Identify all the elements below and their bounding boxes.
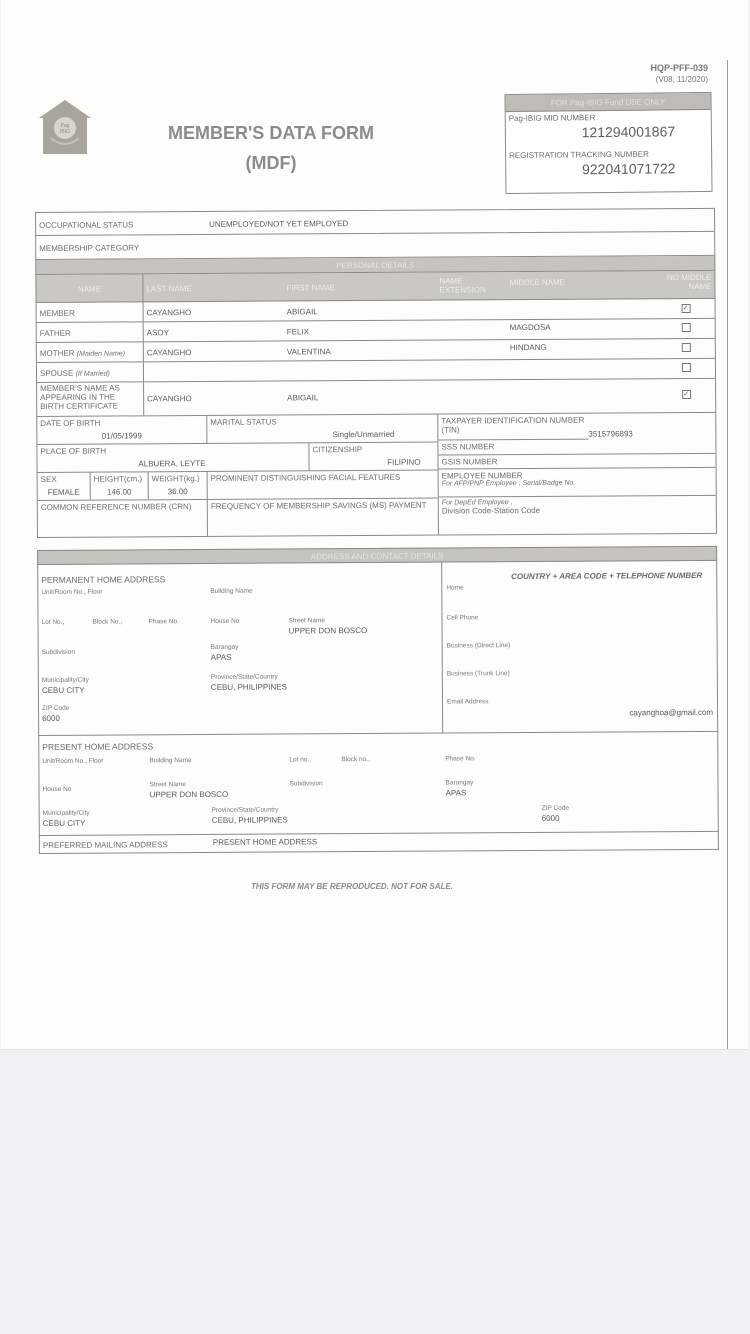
preferred-mailing-value[interactable]: PRESENT HOME ADDRESS [210, 832, 718, 852]
pres-house-label: House No [43, 786, 72, 793]
row-label: MEMBER'S NAME AS APPEARING IN THE BIRTH … [37, 382, 144, 416]
preferred-mailing-row: PREFERRED MAILING ADDRESS PRESENT HOME A… [39, 832, 719, 854]
perm-street-value: UPPER DON BOSCO [289, 626, 368, 635]
sss-label: SSS NUMBER [438, 440, 588, 455]
row-label-text: MEMBER [40, 309, 75, 318]
last-name-value[interactable]: CAYANGHO [144, 301, 284, 321]
civil-details: DATE OF BIRTH 01/05/1999 MARITAL STATUS … [36, 413, 717, 538]
pob-label: PLACE OF BIRTH [40, 445, 305, 456]
row-label-text: MEMBER'S NAME AS APPEARING IN THE BIRTH … [40, 383, 120, 410]
middle-name-value[interactable]: HINDANG [507, 339, 657, 359]
perm-city-label: Municipality/City [42, 677, 89, 684]
pres-zip-field[interactable]: ZIP Code6000 [542, 805, 569, 823]
pres-phase-field[interactable]: Phase No. [445, 755, 475, 762]
employee-number-field[interactable]: EMPLOYEE NUMBER For AFP/PNP Employee , S… [439, 467, 716, 497]
occupational-status-label: OCCUPATIONAL STATUS [36, 212, 206, 235]
name-extension-value[interactable] [437, 340, 507, 359]
citizenship-cell[interactable]: CITIZENSHIP FILIPINO [309, 443, 437, 471]
pres-subdivision-field[interactable]: Subdivision [289, 780, 322, 787]
table-row: MEMBER'S NAME AS APPEARING IN THE BIRTH … [36, 379, 716, 417]
afp-pnp-label: For AFP/PNP Employee , Serial/Badge No. [442, 480, 592, 488]
perm-subdivision-field[interactable]: Subdivision [42, 649, 75, 656]
height-value: 146.00 [94, 487, 145, 496]
deped-field[interactable]: For DepEd Employee , Division Code-Stati… [439, 495, 716, 525]
form-version: (V08, 11/2020) [650, 74, 708, 86]
facial-features-field[interactable]: PROMINENT DISTINGUISHING FACIAL FEATURES [208, 471, 438, 499]
contact-details: COUNTRY + AREA CODE + TELEPHONE NUMBER H… [442, 561, 717, 733]
perm-subdivision-label: Subdivision [42, 649, 75, 656]
pres-zip-label: ZIP Code [542, 805, 569, 812]
crn-field[interactable]: COMMON REFERENCE NUMBER (CRN) [38, 500, 208, 537]
pres-barangay-field[interactable]: BarangayAPAS [445, 779, 473, 797]
pres-city-label: Municipality/City [43, 810, 90, 817]
height-cell[interactable]: HEIGHT(cm.) 146.00 [91, 472, 149, 499]
pres-block-label: Block no., [341, 756, 370, 763]
row-label: SPOUSE (If Married) [37, 362, 144, 382]
pres-house-field[interactable]: House No [43, 786, 72, 793]
marital-label: MARITAL STATUS [210, 417, 434, 427]
document-photo: HQP-PFF-039 (V08, 11/2020) Pag IBIG MEMB… [1, 0, 748, 1050]
title-line-1: MEMBER'S DATA FORM [156, 118, 386, 148]
form-code-number: HQP-PFF-039 [650, 62, 708, 74]
checkbox-icon[interactable] [681, 323, 690, 332]
marital-cell[interactable]: MARITAL STATUS Single/Unmarried [207, 415, 437, 443]
pres-street-label: Street Name [149, 781, 228, 788]
perm-barangay-value: APAS [211, 653, 239, 662]
perm-phase-field[interactable]: Phase No. [148, 618, 178, 625]
permanent-address: PERMANENT HOME ADDRESS Unit/Room No., Fl… [38, 563, 443, 735]
no-middle-name-checkbox[interactable] [657, 359, 715, 378]
pres-phase-label: Phase No. [445, 755, 475, 762]
perm-house-field[interactable]: House No [210, 618, 239, 625]
tin-field[interactable]: TAXPAYER IDENTIFICATION NUMBER (TIN) [438, 414, 588, 441]
perm-barangay-label: Barangay [211, 644, 239, 651]
form-code: HQP-PFF-039 (V08, 11/2020) [650, 62, 708, 86]
last-name-value[interactable]: CAYANGHO [144, 341, 284, 361]
weight-cell[interactable]: WEIGHT(kg.) 36.00 [149, 472, 208, 499]
membership-category-label: MEMBERSHIP CATEGORY [36, 235, 206, 259]
name-table-header: NAME LAST NAME FIRST NAME NAME EXTENSION… [35, 271, 715, 303]
pob-cell[interactable]: PLACE OF BIRTH ALBUERA, LEYTE [37, 443, 309, 472]
mid-value: 121294001867 [506, 123, 711, 141]
no-middle-name-checkbox[interactable] [657, 339, 715, 358]
checkbox-icon[interactable]: ✓ [681, 304, 690, 313]
weight-value: 36.00 [152, 487, 204, 496]
pres-zip-value: 6000 [542, 814, 569, 823]
first-name-value[interactable]: FELIX [284, 321, 437, 341]
perm-unit-label: Unit/Room No., Floor [41, 589, 102, 596]
pres-province-field[interactable]: Province/State/CountryCEBU, PHILIPPINES [212, 806, 288, 824]
perm-zip-field[interactable]: ZIP Code6000 [42, 705, 69, 723]
first-name-value[interactable]: VALENTINA [284, 341, 437, 361]
pres-barangay-label: Barangay [445, 779, 473, 786]
col-no-middle-name: NO MIDDLE NAME [656, 271, 714, 298]
business-direct-label: Business (Direct Line) [447, 642, 511, 649]
checkbox-icon[interactable] [681, 343, 690, 352]
deped-sub-label: Division Code-Station Code [442, 505, 713, 516]
present-address-title: PRESENT HOME ADDRESS [42, 741, 153, 752]
name-extension-value[interactable] [437, 300, 507, 319]
pres-building-label: Building Name [149, 757, 191, 764]
pob-citizenship-row: PLACE OF BIRTH ALBUERA, LEYTE CITIZENSHI… [37, 443, 437, 473]
rtn-value: 922041071722 [506, 160, 711, 178]
middle-name-value[interactable] [507, 299, 657, 319]
last-name-value[interactable]: CAYANGHO [144, 381, 284, 415]
dob-cell[interactable]: DATE OF BIRTH 01/05/1999 [37, 416, 207, 444]
no-middle-name-checkbox[interactable]: ✓ [657, 379, 715, 412]
perm-city-field[interactable]: Municipality/CityCEBU CITY [42, 677, 89, 695]
fund-box-heading: FOR Pag-IBIG Fund USE ONLY [505, 93, 710, 112]
row-label-note: (Maiden Name) [77, 350, 125, 357]
perm-lot-field[interactable]: Lot No., [41, 619, 64, 626]
perm-phase-label: Phase No. [148, 618, 178, 625]
citizenship-value: FILIPINO [313, 458, 435, 468]
civil-details-left: DATE OF BIRTH 01/05/1999 MARITAL STATUS … [37, 415, 439, 537]
pres-barangay-value: APAS [446, 788, 474, 797]
perm-zip-label: ZIP Code [42, 705, 69, 712]
row-label-note: (If Married) [76, 371, 110, 378]
footer-note: THIS FORM MAY BE REPRODUCED. NOT FOR SAL… [251, 882, 453, 891]
cell-phone-label: Cell Phone [446, 614, 478, 621]
sex-label: SEX [41, 475, 87, 484]
perm-street-label: Street Name [288, 617, 367, 624]
middle-name-value[interactable]: MAGDOSA [507, 319, 657, 339]
perm-province-field[interactable]: Province/State/CountryCEBU, PHILIPPINES [211, 673, 287, 691]
perm-unit-field[interactable]: Unit/Room No., Floor [41, 589, 102, 596]
present-address-section: PRESENT HOME ADDRESS Unit/Room No., Floo… [38, 732, 719, 836]
perm-block-label: Block No., [92, 618, 122, 625]
perm-house-label: House No [210, 618, 239, 625]
pres-unit-field[interactable]: Unit/Room No., Floor [42, 758, 103, 765]
first-name-value[interactable]: ABIGAIL [284, 301, 437, 321]
col-middle-name: MIDDLE NAME [506, 271, 656, 299]
business-direct-field[interactable]: Business (Direct Line) [447, 642, 511, 649]
membership-category-value[interactable] [206, 232, 714, 258]
col-last-name: LAST NAME [143, 273, 283, 301]
no-middle-name-checkbox[interactable] [657, 319, 715, 338]
perm-building-field[interactable]: Building Name [210, 588, 252, 595]
permanent-address-section: PERMANENT HOME ADDRESS Unit/Room No., Fl… [37, 561, 718, 736]
perm-building-label: Building Name [210, 588, 252, 595]
pagibig-logo-icon: Pag IBIG [37, 98, 93, 158]
dob-marital-row: DATE OF BIRTH 01/05/1999 MARITAL STATUS … [37, 415, 437, 445]
physical-row: SEX FEMALE HEIGHT(cm.) 146.00 WEIGHT(kg.… [38, 471, 438, 501]
perm-block-field[interactable]: Block No., [92, 618, 122, 625]
pres-building-field[interactable]: Building Name [149, 757, 191, 764]
pres-lot-field[interactable]: Lot no., [289, 756, 311, 763]
last-name-value[interactable]: ASOY [144, 321, 284, 341]
civil-details-right: TAXPAYER IDENTIFICATION NUMBER (TIN) SSS… [438, 413, 716, 535]
perm-street-field[interactable]: Street NameUPPER DON BOSCO [288, 617, 367, 635]
dob-value: 01/05/1999 [40, 431, 203, 441]
permanent-address-title: PERMANENT HOME ADDRESS [41, 573, 438, 585]
pres-city-value: CEBU CITY [43, 819, 90, 828]
pres-subdivision-label: Subdivision [289, 780, 322, 787]
occupational-status-value[interactable]: UNEMPLOYED/NOT YET EMPLOYED [206, 209, 714, 234]
first-name-value[interactable] [284, 361, 437, 381]
business-trunk-field[interactable]: Business (Trunk Line) [447, 670, 510, 677]
perm-province-value: CEBU, PHILIPPINES [211, 682, 287, 691]
email-field[interactable]: Email Address cayanghoa@gmail.com [447, 697, 717, 719]
home-phone-label: Home [446, 584, 463, 591]
middle-name-value[interactable] [507, 379, 657, 413]
row-label: MOTHER (Maiden Name) [37, 342, 144, 362]
paper-edge [727, 60, 728, 1050]
email-label: Email Address [447, 697, 717, 706]
crn-frequency-row: COMMON REFERENCE NUMBER (CRN) FREQUENCY … [38, 499, 438, 537]
preferred-mailing-label: PREFERRED MAILING ADDRESS [40, 835, 210, 853]
home-phone-field[interactable]: Home [446, 584, 463, 591]
pres-street-value: UPPER DON BOSCO [150, 790, 229, 799]
title-line-2: (MDF) [156, 148, 386, 178]
perm-barangay-field[interactable]: BarangayAPAS [211, 644, 239, 662]
row-label: MEMBER [37, 302, 144, 322]
pres-lot-label: Lot no., [289, 756, 311, 763]
pres-city-field[interactable]: Municipality/CityCEBU CITY [43, 810, 90, 828]
row-label-text: MOTHER [40, 349, 75, 358]
email-value: cayanghoa@gmail.com [447, 708, 717, 719]
svg-text:IBIG: IBIG [60, 129, 70, 135]
row-label-text: SPOUSE [40, 369, 73, 378]
name-extension-value[interactable] [437, 380, 507, 413]
checkbox-icon[interactable]: ✓ [682, 390, 691, 399]
row-label: FATHER [37, 322, 144, 342]
business-trunk-label: Business (Trunk Line) [447, 670, 510, 677]
page-title: MEMBER'S DATA FORM (MDF) [156, 118, 386, 178]
sss-value[interactable]: 3515796893 [588, 429, 633, 453]
weight-label: WEIGHT(kg.) [152, 474, 204, 483]
perm-city-value: CEBU CITY [42, 686, 89, 695]
fund-use-box: FOR Pag-IBIG Fund USE ONLY Pag-IBIG MID … [504, 92, 712, 194]
checkbox-icon[interactable] [681, 363, 690, 372]
col-name-extension: NAME EXTENSION [436, 272, 506, 299]
first-name-value[interactable]: ABIGAIL [284, 381, 437, 415]
last-name-value[interactable] [144, 361, 284, 381]
name-extension-value[interactable] [437, 320, 507, 339]
contact-heading: COUNTRY + AREA CODE + TELEPHONE NUMBER [446, 571, 712, 582]
middle-name-value[interactable] [507, 359, 657, 379]
name-extension-value[interactable] [437, 360, 507, 379]
ms-frequency-field[interactable]: FREQUENCY OF MEMBERSHIP SAVINGS (MS) PAY… [208, 499, 438, 536]
pres-province-label: Province/State/Country [212, 806, 288, 813]
sex-value: FEMALE [41, 488, 87, 497]
perm-zip-value: 6000 [42, 714, 69, 723]
cell-phone-field[interactable]: Cell Phone [446, 614, 478, 621]
citizenship-label: CITIZENSHIP [312, 445, 434, 455]
sex-cell[interactable]: SEX FEMALE [38, 473, 91, 500]
perm-lot-label: Lot No., [41, 619, 64, 626]
dob-label: DATE OF BIRTH [40, 418, 203, 428]
member-data-form: OCCUPATIONAL STATUS UNEMPLOYED/NOT YET E… [35, 208, 719, 854]
pres-street-field[interactable]: Street NameUPPER DON BOSCO [149, 781, 228, 799]
col-first-name: FIRST NAME [283, 273, 436, 301]
marital-value: Single/Unmarried [210, 430, 434, 440]
no-middle-name-checkbox[interactable]: ✓ [657, 299, 715, 318]
pob-value: ALBUERA, LEYTE [41, 458, 306, 469]
row-label-text: FATHER [40, 329, 71, 338]
pres-block-field[interactable]: Block no., [341, 756, 370, 763]
pres-province-value: CEBU, PHILIPPINES [212, 815, 288, 824]
height-label: HEIGHT(cm.) [94, 474, 145, 483]
col-name: NAME [36, 274, 143, 302]
pres-unit-label: Unit/Room No., Floor [42, 758, 103, 765]
perm-province-label: Province/State/Country [211, 673, 287, 680]
